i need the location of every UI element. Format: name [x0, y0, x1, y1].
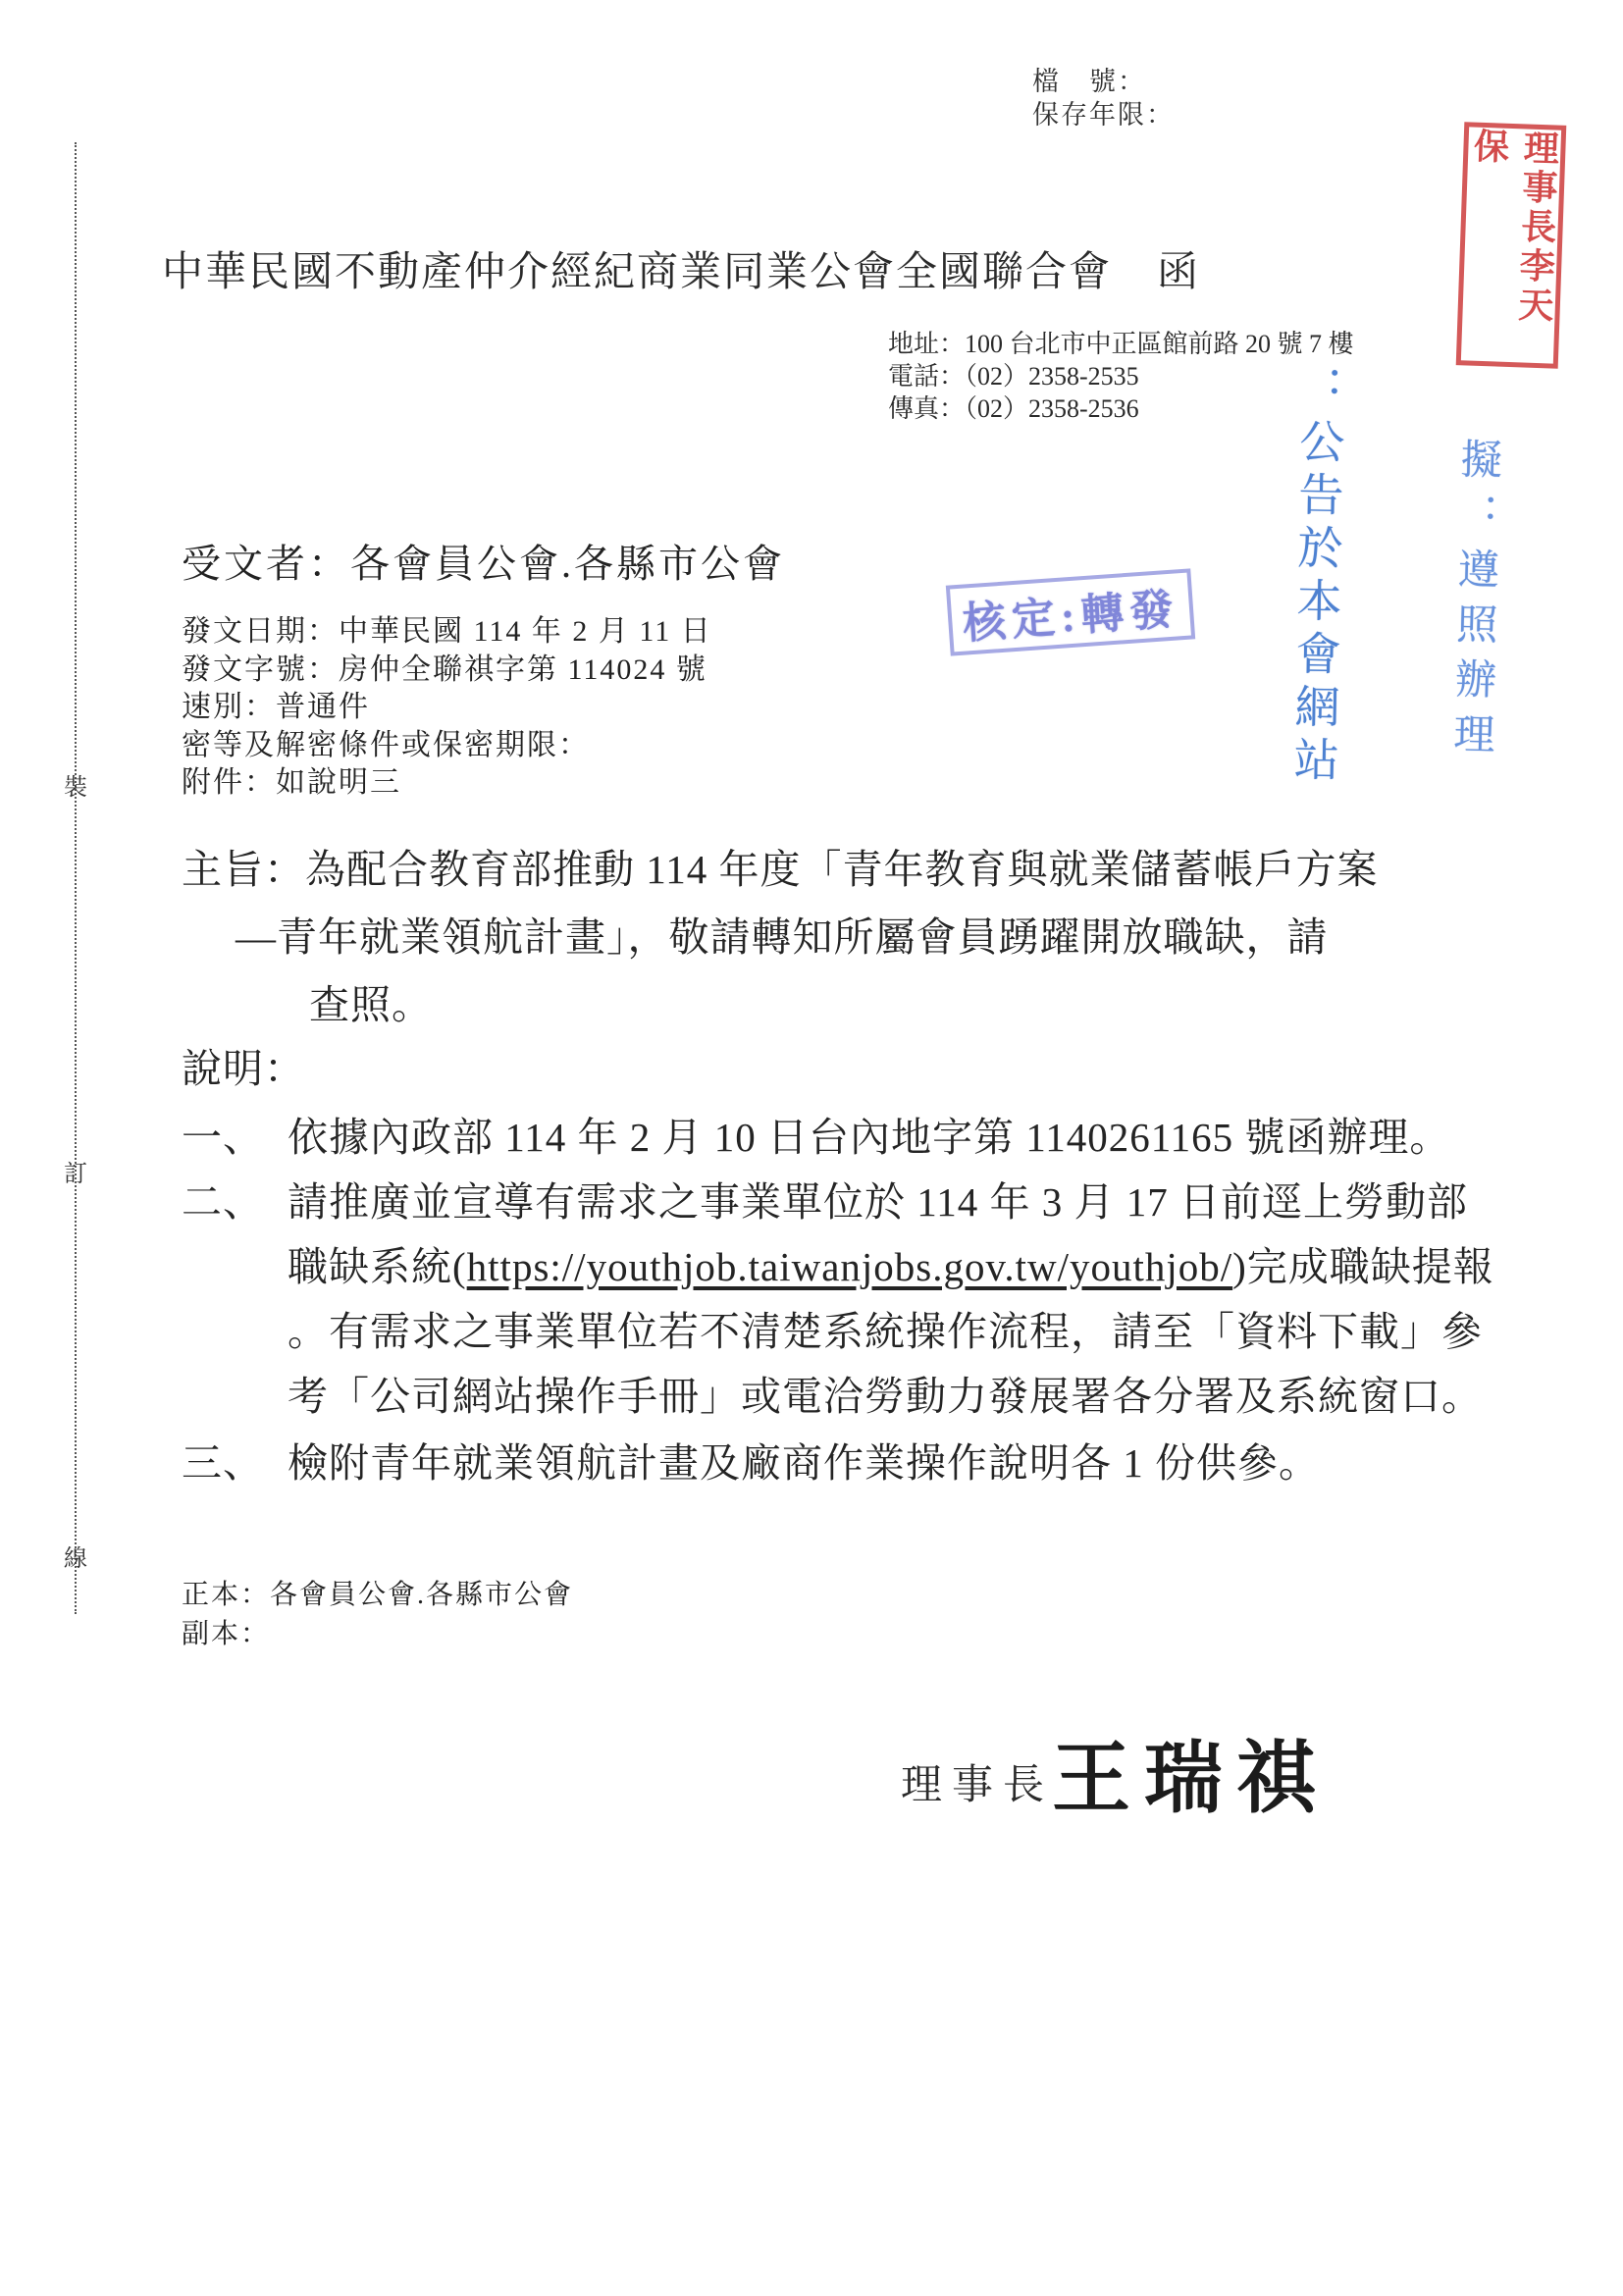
document-type-letter: 函 — [1157, 239, 1200, 298]
issue-date-line: 發文日期：中華民國 114 年 2 月 11 日 — [182, 613, 712, 652]
binding-dotted-line — [75, 142, 77, 1614]
file-number-label: 檔 號： — [1032, 65, 1175, 98]
description-item-1: 一、 依據內政部 114 年 2 月 10 日台內地字第 1140261165 … — [182, 1105, 1450, 1163]
document-meta-block: 發文日期：中華民國 114 年 2 月 11 日 發文字號：房仲全聯祺字第 11… — [182, 613, 712, 803]
ink-note-handle-accordingly: 擬：遵照辦理 — [1440, 437, 1508, 767]
ink-note-publish-website: ：公告於本會網站 — [1280, 364, 1352, 789]
description-item-2-line-1: 二、 請推廣並宣導有需求之事業單位於 114 年 3 月 17 日前逕上勞動部 — [182, 1170, 1468, 1227]
subject-line-3: 查照。 — [309, 972, 433, 1030]
original-copy-line: 正本：各會員公會.各縣市公會 — [182, 1576, 573, 1615]
item-2-label: 二、 — [182, 1170, 288, 1227]
youthjob-url-link[interactable]: https://youthjob.taiwanjobs.gov.tw/youth… — [467, 1244, 1232, 1289]
classification-line: 密等及解密條件或保密期限： — [182, 727, 712, 765]
attachment-line: 附件：如說明三 — [182, 764, 712, 803]
binding-mark-xian: 線 — [64, 1539, 87, 1573]
sender-phone: 電話：（02）2358-2535 — [888, 360, 1354, 392]
description-item-2-line-4: 考「公司網站操作手冊」或電洽勞動力發展署各分署及系統窗口。 — [288, 1364, 1483, 1422]
item-2-text-2-pre: 職缺系統( — [288, 1244, 467, 1289]
title-spacer — [1112, 239, 1157, 298]
organization-name: 中華民國不動產仲介經紀商業同業公會全國聯合會 — [162, 239, 1112, 298]
item-3-text: 檢附青年就業領航計畫及廠商作業操作說明各 1 份供參。 — [288, 1431, 1320, 1488]
description-heading: 說明： — [182, 1036, 305, 1094]
chairman-red-seal: 理事長李天保 — [1456, 122, 1567, 368]
binding-mark-ding: 訂 — [64, 1154, 87, 1188]
signer-name: 王瑞祺 — [1052, 1715, 1329, 1828]
priority-line: 速別：普通件 — [182, 689, 712, 727]
document-title-row: 中華民國不動產仲介經紀商業同業公會全國聯合會 函 — [162, 239, 1200, 298]
sender-address: 地址：100 台北市中正區館前路 20 號 7 樓 — [888, 328, 1354, 360]
item-1-text: 依據內政部 114 年 2 月 10 日台內地字第 1140261165 號函辦… — [288, 1105, 1450, 1163]
description-item-2-line-2: 職缺系統(https://youthjob.taiwanjobs.gov.tw/… — [288, 1234, 1494, 1292]
recipient-line: 受文者：各會員公會.各縣市公會 — [182, 533, 785, 589]
approval-forward-stamp: 核定:轉發 — [946, 568, 1195, 655]
reference-number-line: 發文字號：房仲全聯祺字第 114024 號 — [182, 652, 712, 690]
sender-contact-block: 地址：100 台北市中正區館前路 20 號 7 樓 電話：（02）2358-25… — [888, 328, 1354, 425]
item-2-text-2-post: )完成職缺提報 — [1232, 1244, 1494, 1289]
archival-labels: 檔 號： 保存年限： — [1032, 65, 1175, 131]
duplicate-copy-line: 副本： — [182, 1615, 573, 1654]
copies-block: 正本：各會員公會.各縣市公會 副本： — [182, 1576, 573, 1654]
item-2-text-1: 請推廣並宣導有需求之事業單位於 114 年 3 月 17 日前逕上勞動部 — [288, 1170, 1468, 1227]
signer-title: 理事長 — [901, 1752, 1054, 1811]
subject-line-2: —青年就業領航計畫」，敬請轉知所屬會員踴躍開放職缺，請 — [236, 905, 1329, 963]
binding-mark-zhuang: 裝 — [64, 767, 87, 802]
item-1-label: 一、 — [182, 1105, 288, 1163]
subject-line-1: 主旨：為配合教育部推動 114 年度「青年教育與就業儲蓄帳戶方案 — [182, 837, 1378, 895]
item-3-label: 三、 — [182, 1431, 288, 1488]
retention-label: 保存年限： — [1032, 98, 1175, 131]
description-item-3: 三、 檢附青年就業領航計畫及廠商作業操作說明各 1 份供參。 — [182, 1431, 1320, 1488]
sender-fax: 傳真：（02）2358-2536 — [888, 392, 1354, 425]
description-item-2-line-3: 。有需求之事業單位若不清楚系統操作流程，請至「資料下載」參 — [288, 1299, 1483, 1357]
scanned-official-letter: 裝 訂 線 檔 號： 保存年限： 理事長李天保 ：公告於本會網站 擬：遵照辦理 … — [0, 0, 1623, 2296]
